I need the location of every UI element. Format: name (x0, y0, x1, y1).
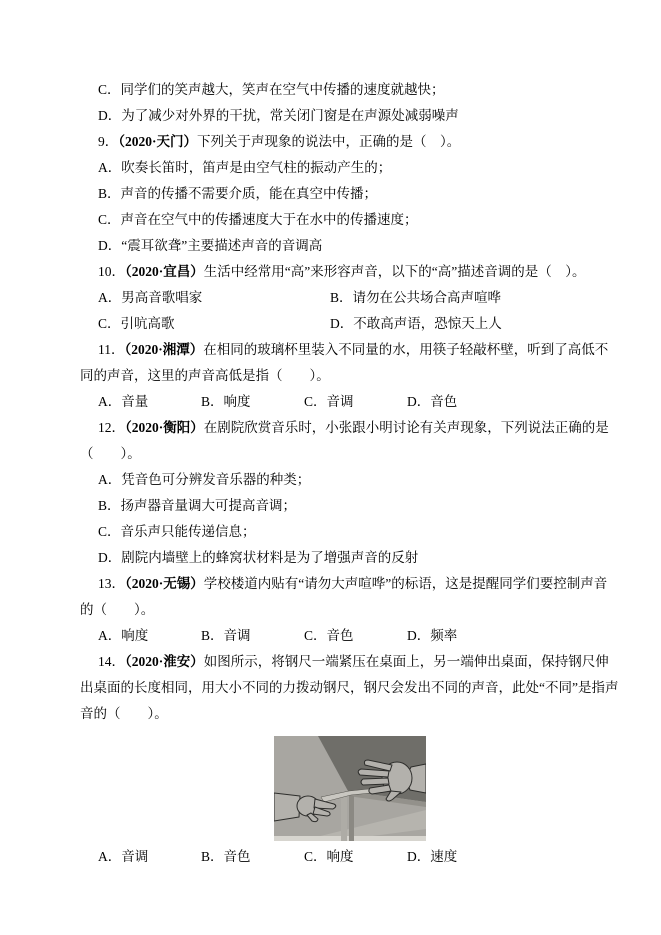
question-source: （2020·无锡） (125, 576, 204, 591)
q13-option-c: C．音色 (304, 623, 407, 649)
q14-option-c: C．响度 (304, 844, 407, 870)
prev-question-option-d: D．为了减少对外界的干扰，常关闭门窗是在声源处减弱噪声 (80, 103, 620, 129)
document-page: C．同学们的笑声越大，笑声在空气中传播的速度就越快； D．为了减少对外界的干扰，… (0, 0, 661, 935)
q12-option-c: C．音乐声只能传递信息； (80, 519, 620, 545)
q9-option-d: D．“震耳欲聋”主要描述声音的音调高 (80, 233, 620, 259)
question-stem: 下列关于声现象的说法中，正确的是（ ）。 (197, 134, 460, 149)
q10-options-row-1: A．男高音歌唱家B．请勿在公共场合高声喧哗 (80, 285, 620, 311)
q11-option-d: D．音色 (407, 394, 457, 409)
ruler-table-illustration (274, 736, 426, 841)
question-source: （2020·湘潭） (125, 342, 204, 357)
question-number: 14． (98, 654, 125, 669)
question-number: 12． (98, 420, 125, 435)
question-source: （2020·天门） (118, 134, 197, 149)
q14-options-row: A．音调B．音色C．响度D．速度 (80, 844, 620, 870)
question-source: （2020·衡阳） (125, 420, 204, 435)
question-number: 10． (98, 264, 125, 279)
q13-option-a: A．响度 (98, 623, 201, 649)
q13-options-row: A．响度B．音调C．音色D．频率 (80, 623, 620, 649)
q9-option-b: B．声音的传播不需要介质，能在真空中传播； (80, 181, 620, 207)
question-source: （2020·宜昌） (125, 264, 204, 279)
question-11: 11．（2020·湘潭）在相同的玻璃杯里装入不同量的水，用筷子轻敲杯壁，听到了高… (80, 337, 620, 389)
question-14: 14．（2020·淮安）如图所示，将钢尺一端紧压在桌面上，另一端伸出桌面，保持钢… (80, 649, 620, 727)
q9-option-a: A．吹奏长笛时，笛声是由空气柱的振动产生的； (80, 155, 620, 181)
q12-option-b: B．扬声器音量调大可提高音调； (80, 493, 620, 519)
question-stem: 生活中经常用“高”来形容声音，以下的“高”描述音调的是（ ）。 (204, 264, 586, 279)
question-10: 10．（2020·宜昌）生活中经常用“高”来形容声音，以下的“高”描述音调的是（… (80, 259, 620, 285)
q14-option-b: B．音色 (201, 844, 304, 870)
document-body: C．同学们的笑声越大，笑声在空气中传播的速度就越快； D．为了减少对外界的干扰，… (80, 77, 620, 870)
q14-option-d: D．速度 (407, 849, 457, 864)
question-number: 13． (98, 576, 125, 591)
q11-option-b: B．响度 (201, 389, 304, 415)
q13-option-b: B．音调 (201, 623, 304, 649)
q12-option-d: D．剧院内墙壁上的蜂窝状材料是为了增强声音的反射 (80, 545, 620, 571)
q11-option-c: C．音调 (304, 389, 407, 415)
q14-option-a: A．音调 (98, 844, 201, 870)
q10-option-c: C．引吭高歌 (98, 311, 330, 337)
question-number: 11． (98, 342, 125, 357)
q12-option-a: A．凭音色可分辨发音乐器的种类； (80, 467, 620, 493)
q10-options-row-2: C．引吭高歌D．不敢高声语，恐惊天上人 (80, 311, 620, 337)
table-leg-shadow-shape (349, 796, 354, 841)
q9-option-c: C．声音在空气中的传播速度大于在水中的传播速度； (80, 207, 620, 233)
q10-option-d: D．不敢高声语，恐惊天上人 (330, 316, 502, 331)
question-source: （2020·淮安） (125, 654, 204, 669)
question-9: 9．（2020·天门）下列关于声现象的说法中，正确的是（ ）。 (80, 129, 620, 155)
figure-ruler-table (274, 736, 426, 841)
q10-option-a: A．男高音歌唱家 (98, 285, 330, 311)
q11-options-row: A．音量B．响度C．音调D．音色 (80, 389, 620, 415)
prev-question-option-c: C．同学们的笑声越大，笑声在空气中传播的速度就越快； (80, 77, 620, 103)
question-number: 9． (98, 134, 118, 149)
question-12: 12．（2020·衡阳）在剧院欣赏音乐时，小张跟小明讨论有关声现象，下列说法正确… (80, 415, 620, 467)
question-13: 13．（2020·无锡）学校楼道内贴有“请勿大声喧哗”的标语，这是提醒同学们要控… (80, 571, 620, 623)
q10-option-b: B．请勿在公共场合高声喧哗 (330, 290, 501, 305)
table-leg-shape (341, 794, 347, 841)
q13-option-d: D．频率 (407, 628, 457, 643)
q11-option-a: A．音量 (98, 389, 201, 415)
